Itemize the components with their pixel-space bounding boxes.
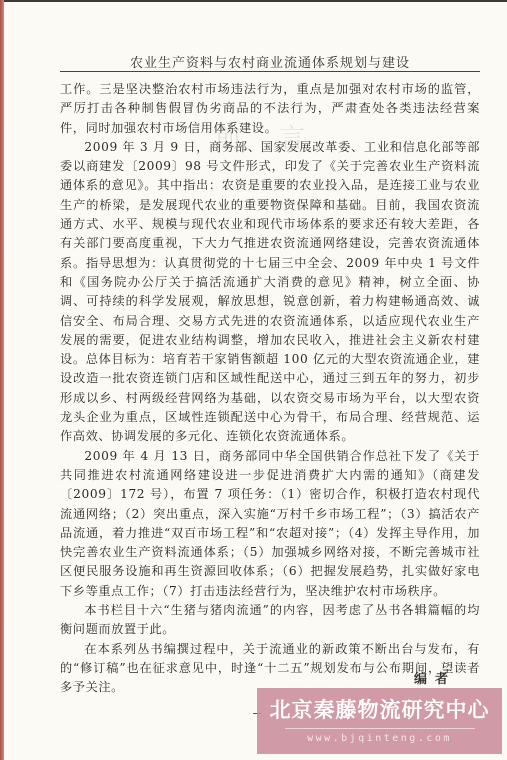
page-top-edge (0, 0, 507, 2)
watermark-banner: 北京秦藤物流研究中心 www.bjqinteng.com (257, 688, 502, 754)
body-text: 工作。三是坚决整治农村市场违法行为，重点是加强对农村市场的监管，严厉打击各种制售… (60, 80, 480, 698)
running-header-title: 农业生产资料与农村商业流通体系规划与建设 (60, 52, 480, 71)
paragraph-3: 2009 年 4 月 13 日，商务部同中华全国供销合作总社下发了《关于共同推进… (60, 447, 480, 601)
paragraph-2: 2009 年 3 月 9 日，商务部、国家发展改革委、工业和信息化部等部委以商建… (60, 138, 480, 447)
header-rule (60, 71, 480, 72)
paragraph-4: 本书栏目十六“生猪与猪肉流通”的内容，因考虑了丛书各辑篇幅的均衡问题而放置于此。 (60, 601, 480, 640)
editor-signature: 编者 (414, 668, 456, 687)
watermark-org-name: 北京秦藤物流研究中心 (257, 694, 502, 724)
paragraph-1: 工作。三是坚决整治农村市场违法行为，重点是加强对农村市场的监管，严厉打击各种制售… (60, 80, 480, 138)
watermark-divider (285, 728, 475, 729)
watermark-url: www.bjqinteng.com (257, 733, 502, 744)
page-left-edge (0, 0, 4, 760)
